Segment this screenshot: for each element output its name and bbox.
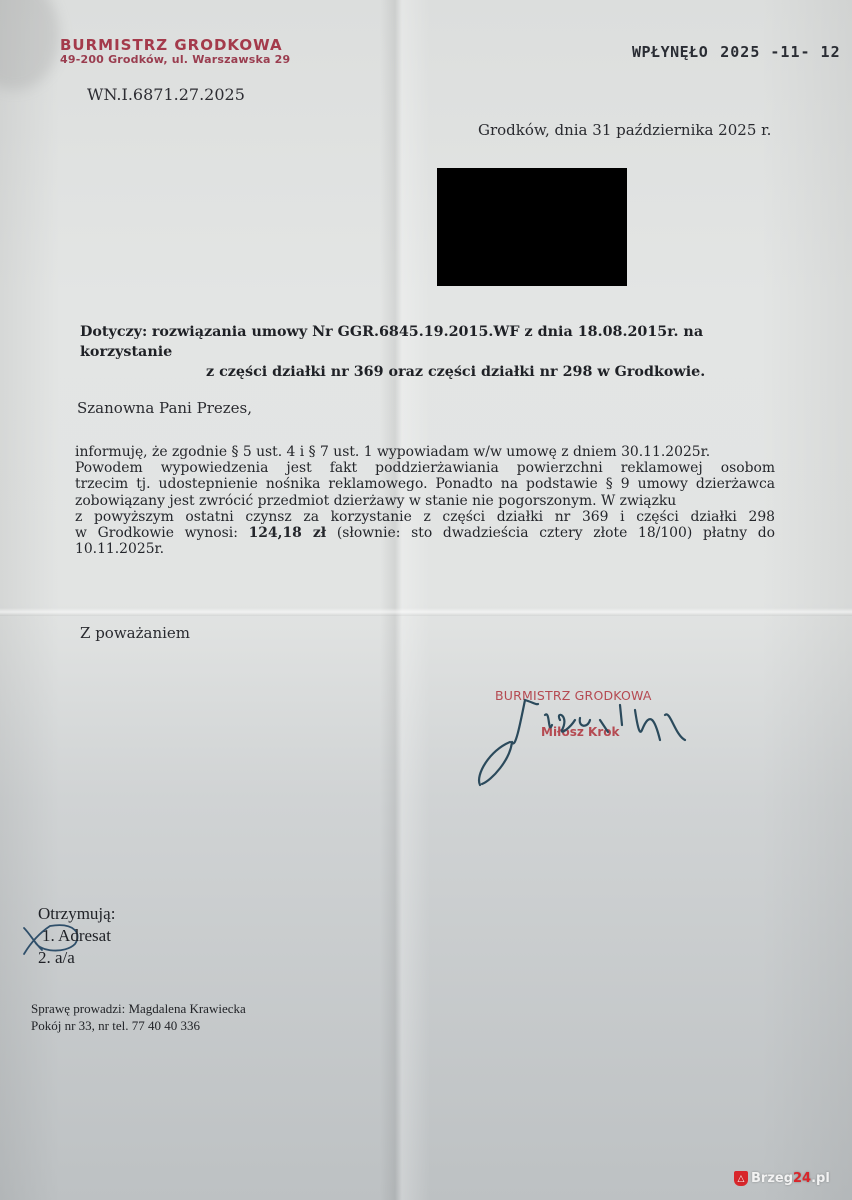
salutation: Szanowna Pani Prezes, <box>77 399 252 417</box>
letterhead-address: 49-200 Grodków, ul. Warszawska 29 <box>60 54 290 66</box>
recipient-item: 1. Adresat <box>38 925 115 947</box>
recipients-heading: Otrzymują: <box>38 903 115 925</box>
body-text-fragment: w Grodkowie wynosi: <box>75 525 249 541</box>
paper-fold <box>0 608 852 616</box>
recipient-item: 2. a/a <box>38 947 115 969</box>
body-line: w Grodkowie wynosi: 124,18 zł (słownie: … <box>75 525 775 541</box>
handled-by-name: Sprawę prowadzi: Magdalena Krawiecka <box>31 1000 246 1017</box>
received-date: 2025 -11- 12 <box>720 43 840 61</box>
letterhead-stamp: BURMISTRZ GRODKOWA 49-200 Grodków, ul. W… <box>60 38 290 65</box>
body-line: Powodem wypowiedzenia jest fakt poddzier… <box>75 460 775 476</box>
rent-amount: 124,18 zł <box>249 525 327 541</box>
place-date: Grodków, dnia 31 października 2025 r. <box>478 121 771 139</box>
watermark-tld: .pl <box>811 1171 830 1186</box>
handled-by-contact: Pokój nr 33, nr tel. 77 40 40 336 <box>31 1017 246 1034</box>
body-line: zobowiązany jest zwrócić przedmiot dzier… <box>75 493 775 509</box>
received-stamp: WPŁYNĘŁO2025 -11- 12 <box>632 43 841 61</box>
letterhead-office: BURMISTRZ GRODKOWA <box>60 38 290 54</box>
site-watermark: △ Brzeg24.pl <box>734 1171 830 1186</box>
letter-body: informuję, że zgodnie § 5 ust. 4 i § 7 u… <box>75 444 775 557</box>
subject-line-2: z części działki nr 369 oraz części dzia… <box>206 364 705 380</box>
watermark-brand: Brzeg <box>751 1171 793 1186</box>
handwritten-signature <box>470 680 740 790</box>
brzeg24-logo-icon: △ <box>734 1171 748 1186</box>
body-text-fragment: (słownie: sto dwadzieścia cztery złote 1… <box>326 525 775 541</box>
closing: Z poważaniem <box>80 624 190 642</box>
subject-label: Dotyczy: <box>80 324 147 340</box>
body-line: trzecim tj. udostepnienie nośnika reklam… <box>75 476 775 492</box>
watermark-number: 24 <box>793 1171 811 1186</box>
body-line: 10.11.2025r. <box>75 541 775 557</box>
reference-number: WN.I.6871.27.2025 <box>87 85 245 104</box>
body-line: z powyższym ostatni czynsz za korzystani… <box>75 509 775 525</box>
subject-line-1: rozwiązania umowy Nr GGR.6845.19.2015.WF… <box>80 324 703 360</box>
received-label: WPŁYNĘŁO <box>632 43 708 61</box>
redacted-address-block <box>437 168 627 286</box>
body-line: informuję, że zgodnie § 5 ust. 4 i § 7 u… <box>75 444 775 460</box>
recipients-list: Otrzymują: 1. Adresat 2. a/a <box>38 903 115 969</box>
handled-by: Sprawę prowadzi: Magdalena Krawiecka Pok… <box>31 1000 246 1034</box>
subject: Dotyczy: rozwiązania umowy Nr GGR.6845.1… <box>80 322 780 382</box>
